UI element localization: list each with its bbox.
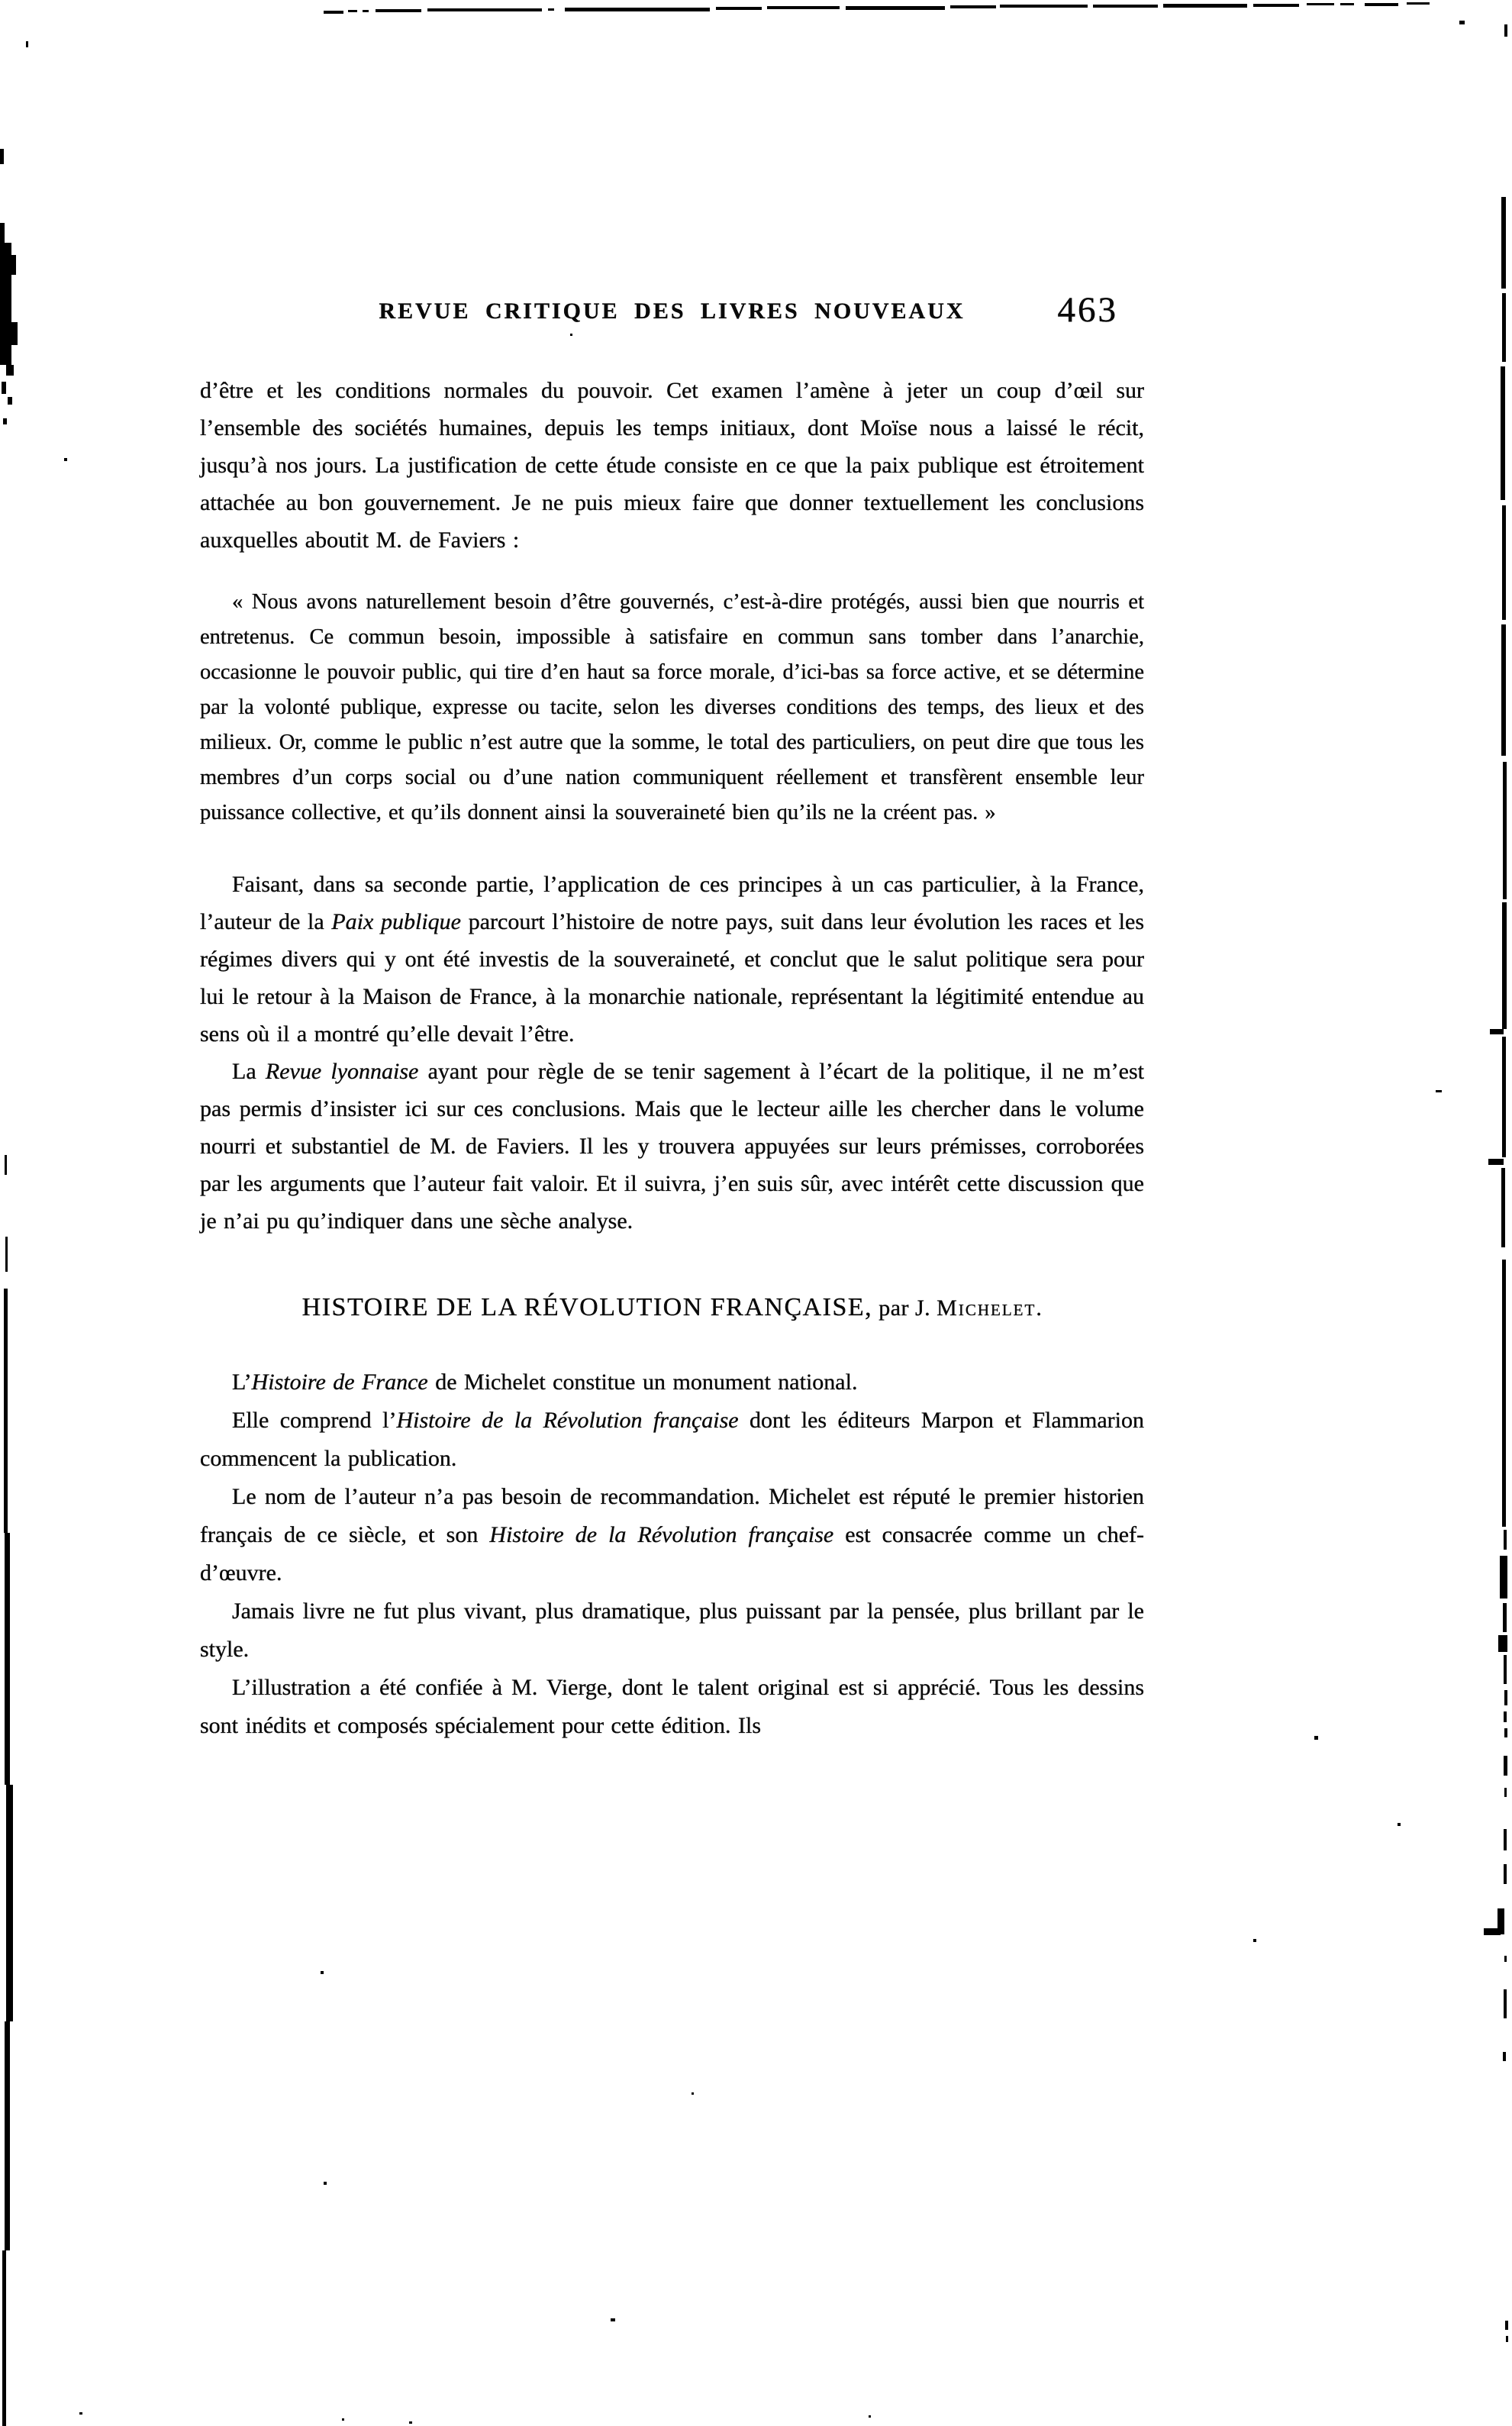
scan-artifact bbox=[1503, 1603, 1507, 1632]
running-title: REVUE CRITIQUE DES LIVRES NOUVEAUX bbox=[200, 298, 1144, 324]
scan-artifact bbox=[1504, 1530, 1507, 1550]
scan-artifact bbox=[1365, 3, 1398, 6]
scan-artifact bbox=[1503, 762, 1507, 899]
page-number: 463 bbox=[1058, 289, 1119, 331]
scan-artifact bbox=[1398, 1823, 1401, 1826]
body-paragraph: d’être et les conditions normales du pou… bbox=[200, 372, 1144, 559]
scan-artifact bbox=[1504, 1864, 1507, 1884]
scan-artifact bbox=[1504, 1788, 1507, 1797]
scan-artifact bbox=[1501, 197, 1506, 289]
body-paragraph: Elle comprend l’Histoire de la Révolutio… bbox=[200, 1402, 1144, 1478]
scan-artifact bbox=[1488, 1159, 1504, 1165]
scan-artifact bbox=[1253, 1939, 1256, 1942]
running-header: REVUE CRITIQUE DES LIVRES NOUVEAUX 463 bbox=[200, 298, 1144, 332]
scan-artifact bbox=[8, 397, 12, 405]
scan-artifact bbox=[1459, 21, 1465, 24]
scan-artifact bbox=[3, 418, 7, 424]
scan-artifact bbox=[1500, 1556, 1507, 1599]
scan-artifact bbox=[11, 322, 18, 345]
scan-artifact bbox=[1498, 1635, 1507, 1652]
scan-artifact bbox=[324, 2182, 327, 2185]
scan-artifact bbox=[1501, 366, 1505, 500]
scan-artifact bbox=[1253, 4, 1299, 7]
scan-artifact bbox=[1504, 1756, 1507, 1776]
section-heading-title: HISTOIRE DE LA RÉVOLUTION FRANÇAISE, bbox=[302, 1293, 873, 1321]
scan-artifact bbox=[1502, 293, 1506, 362]
scan-artifact bbox=[5, 2021, 10, 2250]
scan-artifact bbox=[1501, 624, 1506, 756]
body-paragraph: Jamais livre ne fut plus vivant, plus dr… bbox=[200, 1592, 1144, 1669]
scan-artifact bbox=[26, 41, 28, 47]
scan-artifact bbox=[611, 2318, 615, 2321]
scan-artifact bbox=[409, 2421, 412, 2424]
scan-artifact bbox=[0, 243, 11, 365]
scan-artifact bbox=[5, 1155, 7, 1175]
scan-artifact bbox=[64, 458, 67, 461]
scan-artifact bbox=[692, 2092, 694, 2095]
scan-artifact bbox=[1502, 505, 1506, 620]
body-paragraph: L’Histoire de France de Michelet constit… bbox=[200, 1363, 1144, 1402]
scan-artifact bbox=[5, 1533, 10, 1785]
scan-artifact bbox=[1307, 3, 1334, 5]
scan-artifact bbox=[1504, 1956, 1507, 1962]
scan-artifact bbox=[11, 255, 16, 275]
body-paragraph: La Revue lyonnaise ayant pour règle de s… bbox=[200, 1053, 1144, 1240]
scan-artifact bbox=[1484, 1928, 1501, 1935]
scan-artifact bbox=[1504, 1728, 1507, 1737]
body-paragraph: Le nom de l’auteur n’a pas besoin de rec… bbox=[200, 1478, 1144, 1592]
scan-artifact bbox=[1504, 1711, 1507, 1722]
text-column: REVUE CRITIQUE DES LIVRES NOUVEAUX 463 d… bbox=[200, 0, 1144, 1745]
scan-artifact bbox=[1407, 2, 1430, 5]
block-quote-paragraph: « Nous avons naturellement besoin d’être… bbox=[200, 585, 1144, 831]
scan-artifact bbox=[1340, 3, 1354, 5]
review-michelet-article: L’Histoire de France de Michelet constit… bbox=[200, 1363, 1144, 1745]
scan-artifact bbox=[5, 1237, 8, 1272]
scanned-book-page: REVUE CRITIQUE DES LIVRES NOUVEAUX 463 d… bbox=[0, 0, 1512, 2426]
body-paragraph: Faisant, dans sa seconde partie, l’appli… bbox=[200, 866, 1144, 1053]
scan-artifact bbox=[869, 2415, 871, 2418]
scan-artifact bbox=[1502, 1037, 1506, 1157]
scan-artifact bbox=[321, 1971, 324, 1974]
scan-artifact bbox=[1505, 2321, 1508, 2330]
section-heading-michelet: HISTOIRE DE LA RÉVOLUTION FRANÇAISE, par… bbox=[200, 1293, 1144, 1322]
scan-artifact bbox=[0, 149, 4, 164]
scan-artifact bbox=[2, 2250, 6, 2426]
scan-artifact bbox=[6, 1785, 13, 2021]
scan-artifact bbox=[1436, 1090, 1442, 1092]
body-paragraph: L’illustration a été confiée à M. Vierge… bbox=[200, 1669, 1144, 1745]
scan-artifact bbox=[1504, 24, 1507, 37]
scan-artifact bbox=[6, 365, 14, 376]
scan-artifact bbox=[79, 2412, 82, 2415]
scan-artifact bbox=[1504, 1829, 1507, 1850]
scan-artifact bbox=[1504, 1989, 1507, 2018]
review-faviers-article: d’être et les conditions normales du pou… bbox=[200, 372, 1144, 1240]
scan-artifact bbox=[342, 2418, 344, 2421]
section-heading-period: . bbox=[1036, 1295, 1042, 1321]
scan-artifact bbox=[2, 382, 6, 394]
section-heading-author: Michelet bbox=[937, 1295, 1036, 1321]
scan-artifact bbox=[1163, 4, 1247, 8]
scan-artifact bbox=[1506, 2336, 1508, 2342]
scan-artifact bbox=[1502, 1260, 1506, 1527]
scan-artifact bbox=[1503, 2052, 1506, 2061]
scan-artifact bbox=[4, 1289, 8, 1533]
scan-artifact bbox=[1504, 1655, 1507, 1684]
scan-artifact bbox=[1501, 1168, 1505, 1247]
scan-artifact bbox=[1502, 902, 1507, 1029]
scan-artifact bbox=[1490, 1029, 1504, 1034]
scan-artifact bbox=[1504, 1690, 1507, 1705]
scan-artifact bbox=[1314, 1736, 1318, 1740]
section-heading-byline: par J. bbox=[872, 1295, 937, 1321]
